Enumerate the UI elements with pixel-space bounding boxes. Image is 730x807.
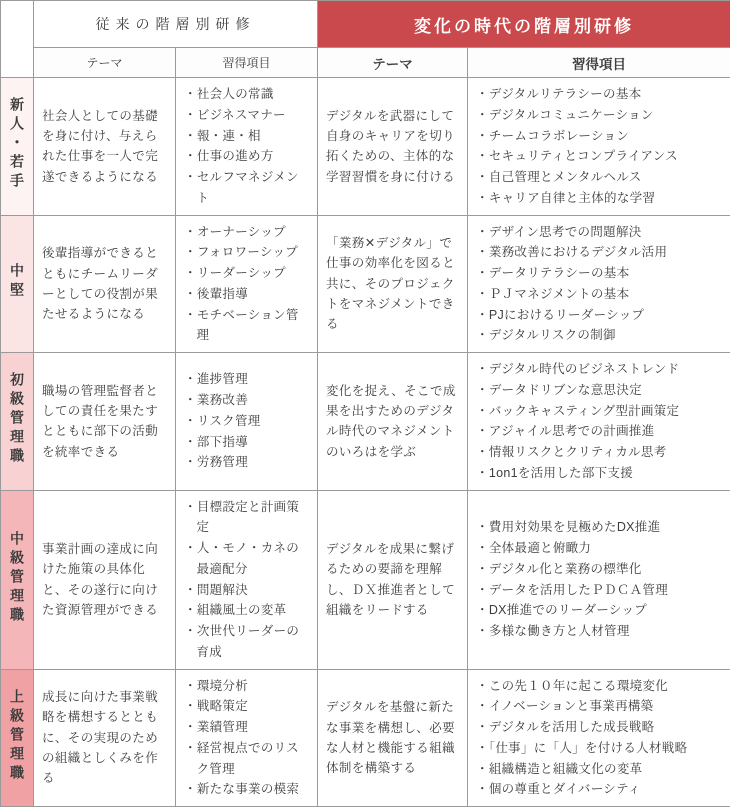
- new-items-cell: ・デジタル時代のビジネストレンド・データドリブンな意思決定・バックキャスティング…: [468, 353, 730, 491]
- bullet-icon: ・: [184, 679, 197, 693]
- list-item: ・セルフマネジメント: [184, 167, 311, 209]
- list-item: ・目標設定と計画策定: [184, 497, 311, 539]
- list-item: ・仕事の進め方: [184, 146, 311, 167]
- list-item-text: PJにおけるリーダーシップ: [489, 308, 645, 322]
- list-item: ・アジャイル思考での計画推進: [476, 421, 724, 442]
- list-item: ・全体最適と俯瞰力: [476, 538, 724, 559]
- bullet-icon: ・: [184, 782, 197, 796]
- bullet-icon: ・: [184, 287, 197, 301]
- list-item-text: 後輩指導: [197, 287, 248, 301]
- trad-items-cell: ・目標設定と計画策定・人・モノ・カネの最適配分・問題解決・組織風土の変革・次世代…: [176, 490, 318, 669]
- row-label-text: 新人・若手: [10, 97, 24, 192]
- list-item: ・ビジネスマナー: [184, 105, 311, 126]
- training-comparison-table: 従来の階層別研修 変化の時代の階層別研修 テーマ 習得項目 テーマ 習得項目 新…: [0, 0, 730, 807]
- bullet-icon: ・: [476, 741, 489, 755]
- bullet-icon: ・: [184, 541, 197, 555]
- bullet-icon: ・: [184, 393, 197, 407]
- row-label-shokyu-kanrishoku: 初級管理職: [1, 353, 34, 491]
- list-item: ・自己管理とメンタルヘルス: [476, 167, 724, 188]
- list-item-text: 業務改善: [197, 393, 248, 407]
- bullet-icon: ・: [476, 87, 489, 101]
- list-item: ・PJにおけるリーダーシップ: [476, 305, 724, 326]
- bullet-icon: ・: [184, 603, 197, 617]
- list-item-text: モチベーション管理: [197, 308, 299, 343]
- list-item-text: デジタル時代のビジネストレンド: [489, 362, 680, 376]
- bullet-icon: ・: [476, 520, 489, 534]
- bullet-icon: ・: [476, 562, 489, 576]
- trad-items-cell: ・オーナーシップ・フォロワーシップ・リーダーシップ・後輩指導・モチベーション管理: [176, 215, 318, 353]
- list-item-text: キャリア自律と主体的な学習: [489, 191, 655, 205]
- list-item-text: 目標設定と計画策定: [197, 500, 300, 535]
- list-item: ・労務管理: [184, 452, 311, 473]
- bullet-icon: ・: [184, 624, 197, 638]
- list-item-text: 情報リスクとクリティカル思考: [489, 445, 667, 459]
- bullet-icon: ・: [476, 603, 489, 617]
- list-item-text: 組織構造と組織文化の変革: [489, 762, 643, 776]
- new-theme-cell: デジタルを基盤に新たな事業を構想し、必要な人材と機能する組織体制を構築する: [318, 669, 468, 807]
- list-item-text: 多様な働き方と人材管理: [489, 624, 630, 638]
- list-item: ・セキュリティとコンプライアンス: [476, 146, 724, 167]
- list-item-text: 「仕事」に「人」を付ける人材戦略: [489, 741, 688, 755]
- bullet-icon: ・: [184, 225, 197, 239]
- row-label-text: 中級管理職: [10, 531, 24, 626]
- list-item: ・次世代リーダーの育成: [184, 621, 311, 663]
- bullet-icon: ・: [476, 383, 489, 397]
- list-item: ・デジタル時代のビジネストレンド: [476, 359, 724, 380]
- list-item-text: 自己管理とメンタルヘルス: [489, 170, 642, 184]
- list-item-text: 戦略策定: [197, 699, 248, 713]
- bullet-icon: ・: [476, 191, 489, 205]
- bullet-icon: ・: [476, 624, 489, 638]
- bullet-icon: ・: [476, 699, 489, 713]
- list-item-text: フォロワーシップ: [197, 245, 298, 259]
- bullet-icon: ・: [476, 266, 489, 280]
- list-item: ・この先１０年に起こる環境変化: [476, 676, 724, 697]
- list-item-text: セルフマネジメント: [197, 170, 299, 205]
- bullet-icon: ・: [184, 372, 197, 386]
- bullet-icon: ・: [476, 328, 489, 342]
- bullet-icon: ・: [184, 414, 197, 428]
- list-item-text: 業務改善におけるデジタル活用: [489, 245, 667, 259]
- list-item-text: デジタルコミュニケーション: [489, 108, 654, 122]
- list-item-text: 部下指導: [197, 435, 248, 449]
- row-label-shinjin-wakate: 新人・若手: [1, 78, 34, 216]
- bullet-icon: ・: [476, 679, 489, 693]
- list-item-text: デジタルリテラシーの基本: [489, 87, 642, 101]
- new-items-cell: ・費用対効果を見極めたDX推進・全体最適と俯瞰力・デジタル化と業務の標準化・デー…: [468, 490, 730, 669]
- bullet-icon: ・: [476, 225, 489, 239]
- list-item: ・部下指導: [184, 432, 311, 453]
- list-item-text: 組織風土の変革: [197, 603, 287, 617]
- list-item-text: 人・モノ・カネの最適配分: [197, 541, 300, 576]
- list-item-text: 新たな事業の模索: [197, 782, 299, 796]
- list-item: ・業務改善におけるデジタル活用: [476, 242, 724, 263]
- list-item: ・多様な働き方と人材管理: [476, 621, 724, 642]
- corner-cell: [1, 1, 34, 78]
- trad-theme-cell: 職場の管理監督者としての責任を果たすとともに部下の活動を統率できる: [34, 353, 176, 491]
- list-item: ・モチベーション管理: [184, 305, 311, 347]
- bullet-icon: ・: [184, 500, 197, 514]
- list-item-text: リーダーシップ: [197, 266, 286, 280]
- list-item-text: 費用対効果を見極めたDX推進: [489, 520, 661, 534]
- list-item: ・情報リスクとクリティカル思考: [476, 442, 724, 463]
- list-item: ・データドリブンな意思決定: [476, 380, 724, 401]
- list-item-text: DX推進でのリーダーシップ: [489, 603, 647, 617]
- bullet-icon: ・: [476, 308, 489, 322]
- bullet-icon: ・: [184, 87, 197, 101]
- list-item-text: データリテラシーの基本: [489, 266, 630, 280]
- list-item: ・進捗管理: [184, 369, 311, 390]
- bullet-icon: ・: [184, 129, 197, 143]
- trad-items-header: 習得項目: [176, 48, 318, 78]
- training-comparison-page: 従来の階層別研修 変化の時代の階層別研修 テーマ 習得項目 テーマ 習得項目 新…: [0, 0, 730, 705]
- list-item: ・費用対効果を見極めたDX推進: [476, 517, 724, 538]
- trad-items-cell: ・環境分析・戦略策定・業績管理・経営視点でのリスク管理・新たな事業の模索: [176, 669, 318, 807]
- list-item: ・イノベーションと事業再構築: [476, 696, 724, 717]
- list-item-text: ＰＪマネジメントの基本: [489, 287, 629, 301]
- list-item: ・業務改善: [184, 390, 311, 411]
- row-label-text: 初級管理職: [10, 372, 24, 467]
- bullet-icon: ・: [476, 720, 489, 734]
- bullet-icon: ・: [476, 541, 489, 555]
- bullet-icon: ・: [476, 245, 489, 259]
- list-item: ・業績管理: [184, 717, 311, 738]
- list-item: ・戦略策定: [184, 696, 311, 717]
- list-item: ・人・モノ・カネの最適配分: [184, 538, 311, 580]
- trad-theme-cell: 事業計画の達成に向けた施策の具体化と、その遂行に向けた資源管理ができる: [34, 490, 176, 669]
- list-item-text: 業績管理: [197, 720, 248, 734]
- list-item: ・データを活用したＰＤＣＡ管理: [476, 580, 724, 601]
- new-theme-header: テーマ: [318, 48, 468, 78]
- new-section-title: 変化の時代の階層別研修: [318, 1, 730, 48]
- list-item: ・問題解決: [184, 580, 311, 601]
- list-item: ・組織風土の変革: [184, 600, 311, 621]
- list-item: ・社会人の常識: [184, 84, 311, 105]
- bullet-icon: ・: [476, 149, 489, 163]
- new-items-cell: ・この先１０年に起こる環境変化・イノベーションと事業再構築・デジタルを活用した成…: [468, 669, 730, 807]
- list-item: ・フォロワーシップ: [184, 242, 311, 263]
- list-item: ・DX推進でのリーダーシップ: [476, 600, 724, 621]
- list-item-text: デジタル化と業務の標準化: [489, 562, 642, 576]
- list-item: ・デジタル化と業務の標準化: [476, 559, 724, 580]
- list-item-text: データを活用したＰＤＣＡ管理: [489, 583, 668, 597]
- bullet-icon: ・: [184, 435, 197, 449]
- bullet-icon: ・: [184, 149, 197, 163]
- list-item-text: デザイン思考での問題解決: [489, 225, 642, 239]
- list-item: ・環境分析: [184, 676, 311, 697]
- list-item: ・デジタルリテラシーの基本: [476, 84, 724, 105]
- bullet-icon: ・: [184, 108, 197, 122]
- bullet-icon: ・: [184, 583, 197, 597]
- list-item-text: 進捗管理: [197, 372, 248, 386]
- list-item-text: デジタルリスクの制御: [489, 328, 616, 342]
- trad-theme-cell: 成長に向けた事業戦略を構想するとともに、その実現のための組織としくみを作る: [34, 669, 176, 807]
- list-item: ・ＰＪマネジメントの基本: [476, 284, 724, 305]
- list-item-text: 全体最適と俯瞰力: [489, 541, 591, 555]
- bullet-icon: ・: [184, 455, 197, 469]
- list-item: ・オーナーシップ: [184, 222, 311, 243]
- list-item: ・チームコラボレーション: [476, 126, 724, 147]
- bullet-icon: ・: [476, 466, 489, 480]
- trad-theme-cell: 後輩指導ができるとともにチームリーダーとしての役割が果たせるようになる: [34, 215, 176, 353]
- new-items-cell: ・デジタルリテラシーの基本・デジタルコミュニケーション・チームコラボレーション・…: [468, 78, 730, 216]
- bullet-icon: ・: [476, 129, 489, 143]
- bullet-icon: ・: [476, 445, 489, 459]
- list-item-text: チームコラボレーション: [489, 129, 629, 143]
- new-items-cell: ・デザイン思考での問題解決・業務改善におけるデジタル活用・データリテラシーの基本…: [468, 215, 730, 353]
- bullet-icon: ・: [476, 108, 489, 122]
- bullet-icon: ・: [184, 699, 197, 713]
- row-label-chuken: 中堅: [1, 215, 34, 353]
- new-items-header: 習得項目: [468, 48, 730, 78]
- row-label-jokyu-kanrishoku: 上級管理職: [1, 669, 34, 807]
- list-item-text: リスク管理: [197, 414, 261, 428]
- trad-items-cell: ・進捗管理・業務改善・リスク管理・部下指導・労務管理: [176, 353, 318, 491]
- list-item-text: オーナーシップ: [197, 225, 286, 239]
- list-item: ・1on1を活用した部下支援: [476, 463, 724, 484]
- list-item-text: この先１０年に起こる環境変化: [489, 679, 668, 693]
- bullet-icon: ・: [476, 583, 489, 597]
- bullet-icon: ・: [184, 245, 197, 259]
- row-label-chukyu-kanrishoku: 中級管理職: [1, 490, 34, 669]
- bullet-icon: ・: [476, 782, 489, 796]
- bullet-icon: ・: [476, 362, 489, 376]
- list-item: ・組織構造と組織文化の変革: [476, 759, 724, 780]
- list-item: ・デジタルコミュニケーション: [476, 105, 724, 126]
- new-theme-cell: 「業務✕デジタル」で仕事の効率化を図ると共に、そのプロジェクトをマネジメントでき…: [318, 215, 468, 353]
- list-item-text: 社会人の常識: [197, 87, 274, 101]
- trad-section-title: 従来の階層別研修: [34, 1, 318, 48]
- bullet-icon: ・: [476, 287, 489, 301]
- list-item: ・リスク管理: [184, 411, 311, 432]
- trad-theme-header: テーマ: [34, 48, 176, 78]
- bullet-icon: ・: [476, 762, 489, 776]
- bullet-icon: ・: [476, 404, 489, 418]
- bullet-icon: ・: [184, 308, 197, 322]
- list-item-text: 環境分析: [197, 679, 248, 693]
- list-item: ・後輩指導: [184, 284, 311, 305]
- list-item: ・デザイン思考での問題解決: [476, 222, 724, 243]
- list-item-text: 1on1を活用した部下支援: [489, 466, 633, 480]
- list-item: ・デジタルリスクの制御: [476, 325, 724, 346]
- bullet-icon: ・: [184, 741, 197, 755]
- bullet-icon: ・: [476, 170, 489, 184]
- list-item-text: データドリブンな意思決定: [489, 383, 642, 397]
- list-item-text: アジャイル思考での計画推進: [489, 424, 655, 438]
- list-item: ・データリテラシーの基本: [476, 263, 724, 284]
- list-item: ・個の尊重とダイバーシティ: [476, 779, 724, 800]
- list-item: ・新たな事業の模索: [184, 779, 311, 800]
- list-item: ・報・連・相: [184, 126, 311, 147]
- bullet-icon: ・: [184, 720, 197, 734]
- list-item: ・「仕事」に「人」を付ける人材戦略: [476, 738, 724, 759]
- bullet-icon: ・: [476, 424, 489, 438]
- trad-theme-cell: 社会人としての基礎を身に付け、与えられた仕事を一人で完遂できるようになる: [34, 78, 176, 216]
- list-item-text: イノベーションと事業再構築: [489, 699, 654, 713]
- list-item-text: 次世代リーダーの育成: [197, 624, 300, 659]
- list-item: ・デジタルを活用した成長戦略: [476, 717, 724, 738]
- list-item-text: デジタルを活用した成長戦略: [489, 720, 655, 734]
- trad-items-cell: ・社会人の常識・ビジネスマナー・報・連・相・仕事の進め方・セルフマネジメント: [176, 78, 318, 216]
- bullet-icon: ・: [184, 266, 197, 280]
- row-label-text: 中堅: [10, 263, 24, 301]
- list-item-text: ビジネスマナー: [197, 108, 286, 122]
- list-item: ・経営視点でのリスク管理: [184, 738, 311, 780]
- list-item: ・バックキャスティング型計画策定: [476, 401, 724, 422]
- list-item-text: 問題解決: [197, 583, 248, 597]
- list-item: ・キャリア自律と主体的な学習: [476, 188, 724, 209]
- new-theme-cell: デジタルを武器にして自身のキャリアを切り拓くための、主体的な学習習慣を身に付ける: [318, 78, 468, 216]
- new-theme-cell: 変化を捉え、そこで成果を出すためのデジタル時代のマネジメントのいろはを学ぶ: [318, 353, 468, 491]
- list-item-text: 個の尊重とダイバーシティ: [489, 782, 641, 796]
- list-item-text: バックキャスティング型計画策定: [489, 404, 680, 418]
- row-label-text: 上級管理職: [10, 689, 24, 784]
- list-item-text: 労務管理: [197, 455, 248, 469]
- list-item-text: 報・連・相: [197, 129, 261, 143]
- list-item: ・リーダーシップ: [184, 263, 311, 284]
- list-item-text: セキュリティとコンプライアンス: [489, 149, 678, 163]
- new-theme-cell: デジタルを成果に繋げるための要諦を理解し、ＤＸ推進者として組織をリードする: [318, 490, 468, 669]
- bullet-icon: ・: [184, 170, 197, 184]
- list-item-text: 経営視点でのリスク管理: [197, 741, 299, 776]
- list-item-text: 仕事の進め方: [197, 149, 274, 163]
